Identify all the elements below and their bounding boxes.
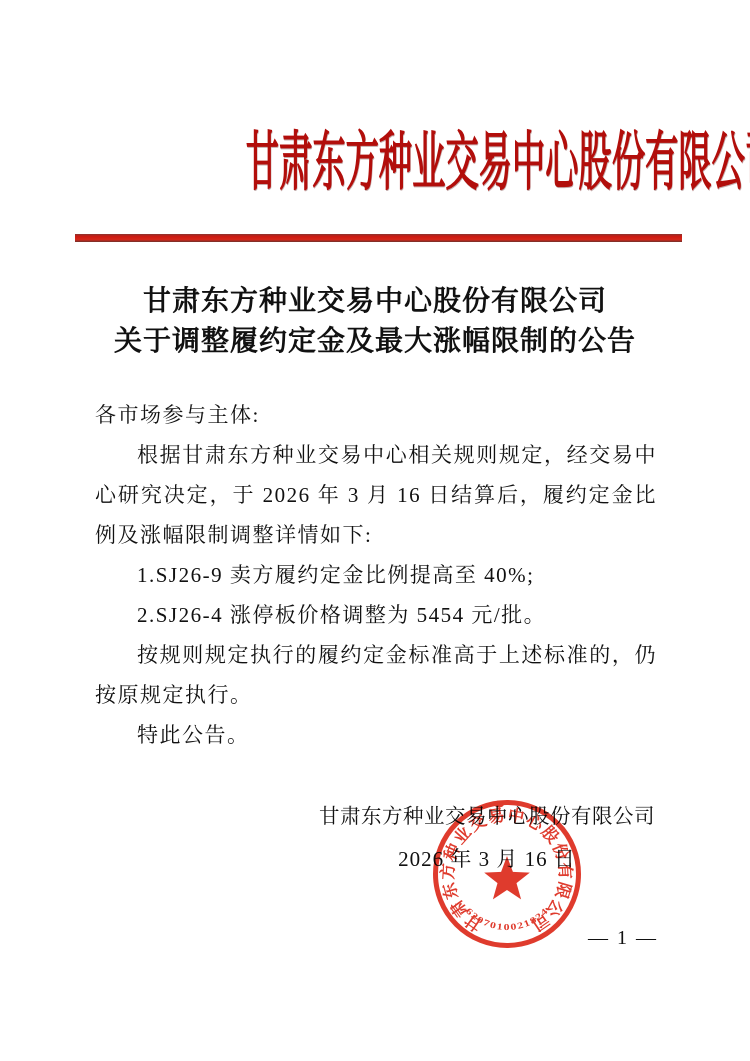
letterhead: 甘肃东方种业交易中心股份有限公司 <box>0 126 750 200</box>
document-body: 各市场参与主体: 根据甘肃东方种业交易中心相关规则规定，经交易中心研究决定，于 … <box>95 395 657 755</box>
company-seal-stamp: 甘肃东方种业交易中心股份有限公司 6207010021824 <box>428 795 586 953</box>
letterhead-divider-rule <box>75 234 682 242</box>
paragraph: 特此公告。 <box>95 715 657 755</box>
paragraph: 1.SJ26-9 卖方履约定金比例提高至 40%; <box>95 555 657 595</box>
paragraph: 2.SJ26-4 涨停板价格调整为 5454 元/批。 <box>95 595 657 635</box>
document-title-line1: 甘肃东方种业交易中心股份有限公司 <box>0 282 750 322</box>
page-number: — 1 — <box>588 927 658 950</box>
seal-star-icon <box>484 856 530 899</box>
salutation: 各市场参与主体: <box>95 395 657 435</box>
document-title-line2: 关于调整履约定金及最大涨幅限制的公告 <box>0 322 750 362</box>
paragraph: 按规则规定执行的履约定金标准高于上述标准的，仍按原规定执行。 <box>95 635 657 715</box>
document-title: 甘肃东方种业交易中心股份有限公司 关于调整履约定金及最大涨幅限制的公告 <box>0 282 750 362</box>
letterhead-company-name: 甘肃东方种业交易中心股份有限公司 <box>246 126 750 200</box>
paragraph: 根据甘肃东方种业交易中心相关规则规定，经交易中心研究决定，于 2026 年 3 … <box>95 435 657 555</box>
document-page: 甘肃东方种业交易中心股份有限公司 甘肃东方种业交易中心股份有限公司 关于调整履约… <box>0 0 750 1061</box>
